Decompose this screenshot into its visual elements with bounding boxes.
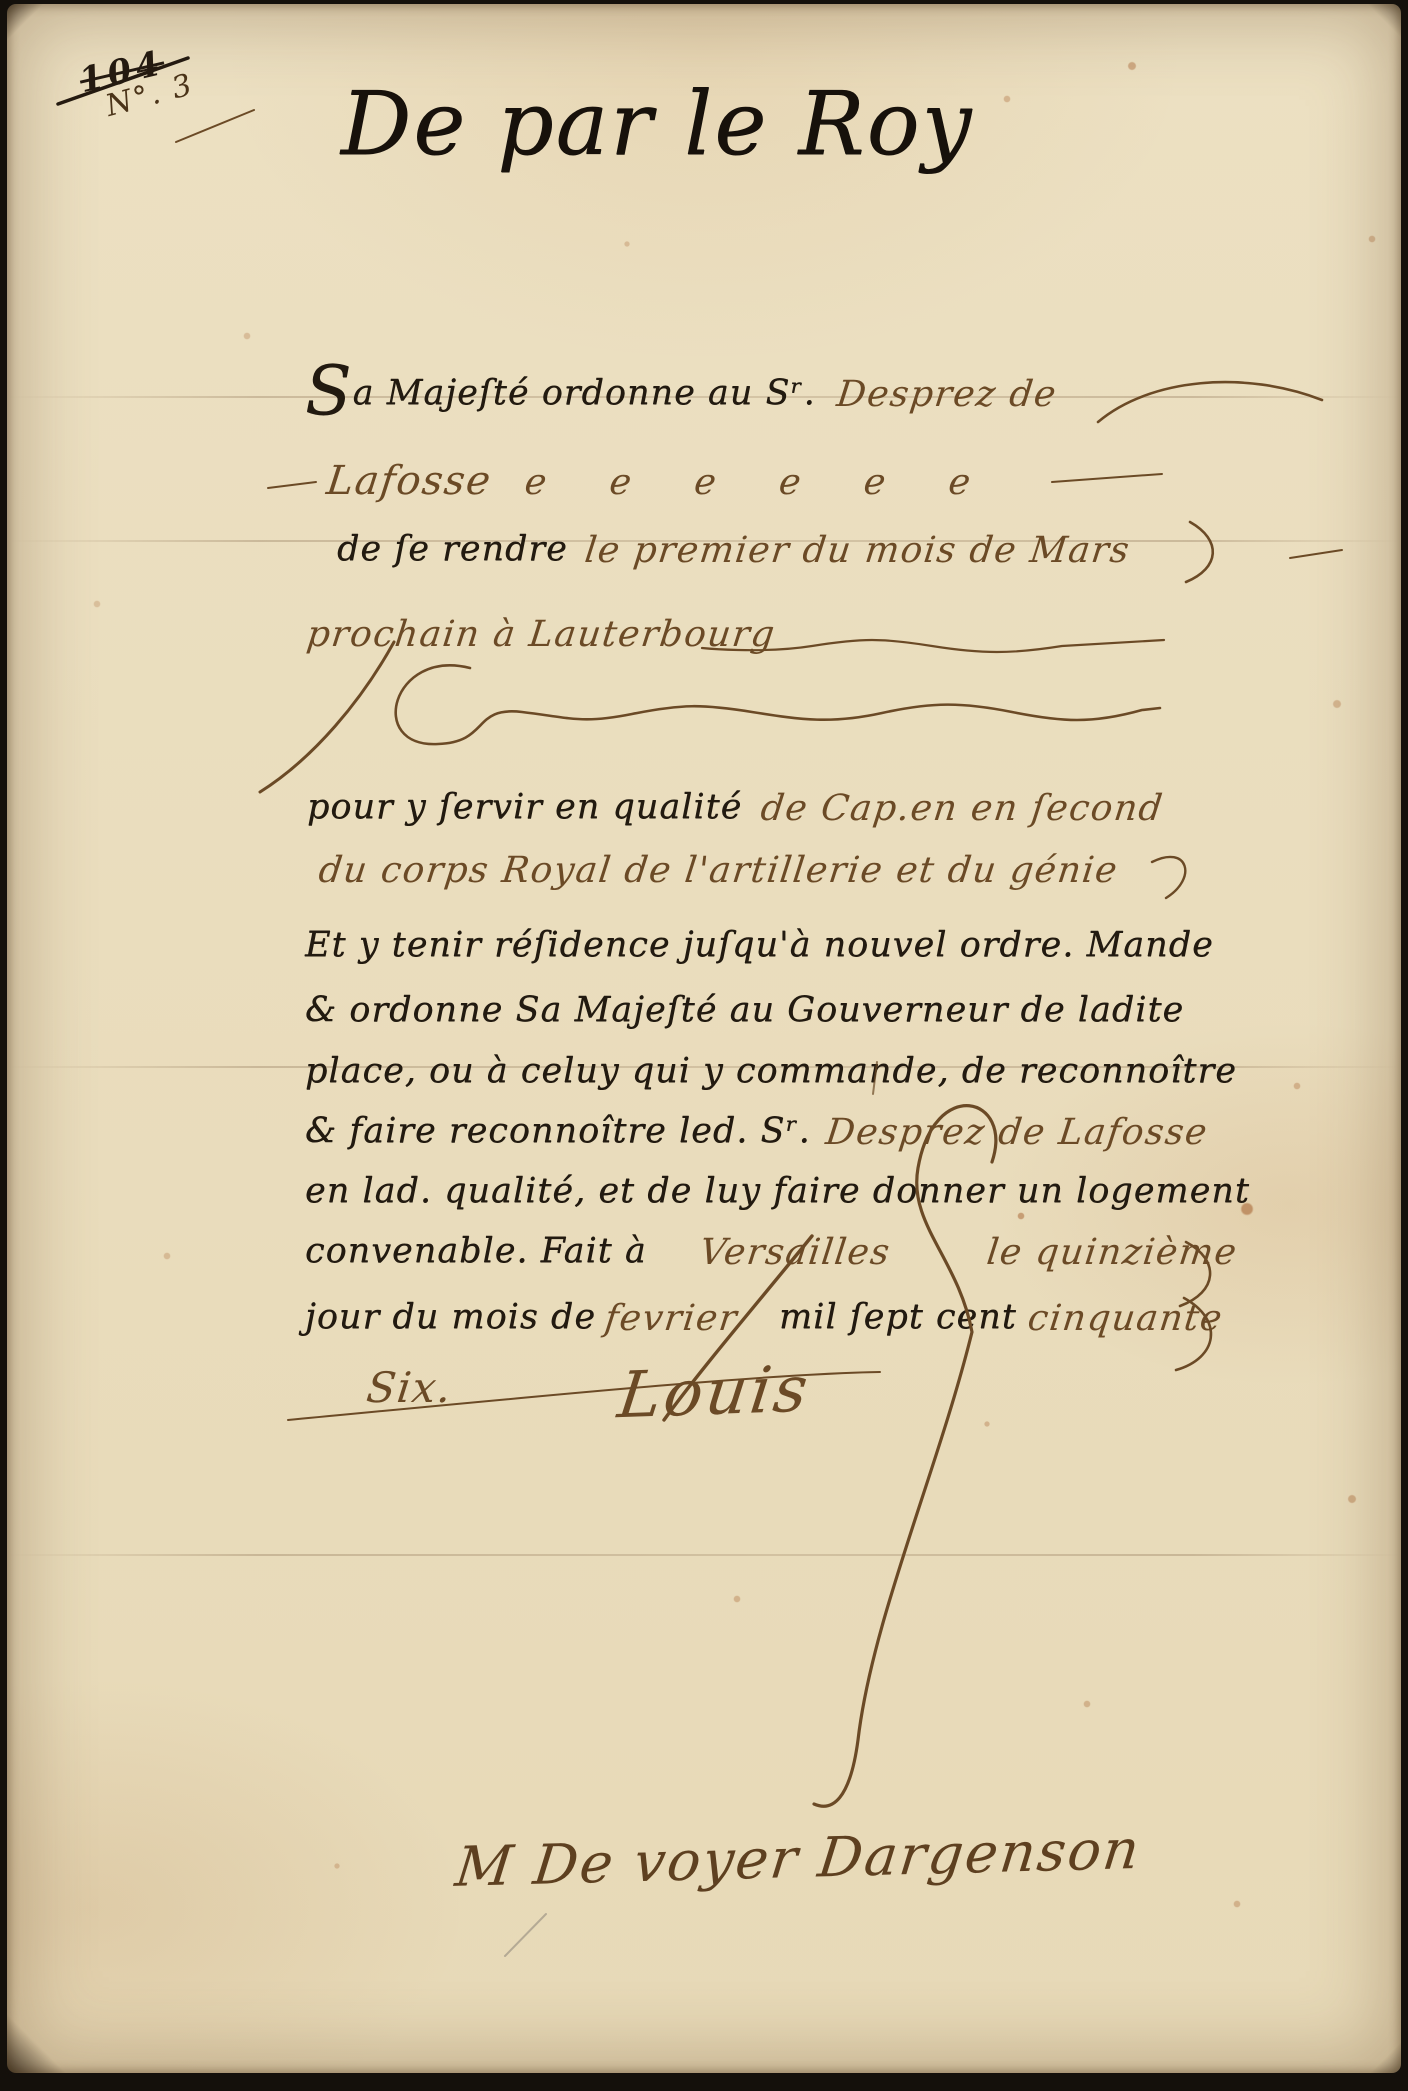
- body-line-14: Six.: [367, 1360, 452, 1413]
- handwritten-text: le premier du mois de Mars: [582, 528, 1133, 573]
- body-line-11: en lad. qualité, et de luy faire donner …: [305, 1170, 1250, 1214]
- body-line-12: convenable. Fait à Versailles le quinziè…: [305, 1228, 1238, 1274]
- handwritten-place: Versailles: [697, 1230, 893, 1275]
- handwritten-text: du corps Royal de l'artillerie et du gén…: [316, 848, 1121, 893]
- handwritten-text: de Cap.en en ſecond: [759, 786, 1167, 831]
- body-line-1: Sa Majeſté ordonne au Sʳ. Desprez de: [305, 370, 1057, 416]
- handwritten-tens: cinquante: [1025, 1296, 1226, 1341]
- body-line-4: prochain à Lauterbourg: [307, 610, 775, 655]
- printed-text: jour du mois de: [305, 1297, 596, 1337]
- paper-sheet: 104 N°. 3 De par le Roy Sa Majeſté ordon…: [7, 4, 1401, 2073]
- printed-text: convenable. Fait à: [305, 1231, 647, 1271]
- printed-text: place, ou à celuy qui y commande, de rec…: [305, 1051, 1237, 1091]
- printed-text: mil ſept cent: [779, 1297, 1017, 1337]
- body-line-9: place, ou à celuy qui y commande, de rec…: [305, 1050, 1237, 1094]
- body-line-6: du corps Royal de l'artillerie et du gén…: [319, 846, 1118, 891]
- body-line-8: & ordonne Sa Majeſté au Gouverneur de la…: [305, 989, 1184, 1033]
- handwritten-text: Desprez de: [834, 372, 1059, 417]
- body-line-10: & faire reconnoître led. Sʳ. Desprez de …: [305, 1108, 1208, 1154]
- handwritten-text: Lafosse: [324, 456, 495, 506]
- countersignature: M De voyer Dargenson: [452, 1817, 1144, 1899]
- printed-text: en lad. qualité, et de luy faire donner …: [305, 1171, 1250, 1211]
- printed-text: & faire reconnoître led. Sʳ.: [305, 1111, 811, 1151]
- body-line-5: pour y ſervir en qualité de Cap.en en ſe…: [307, 784, 1164, 830]
- handwritten-text: prochain à Lauterbourg: [304, 612, 778, 657]
- handwritten-text: Desprez de Lafosse: [823, 1110, 1211, 1155]
- fold-crease: [7, 1554, 1401, 1556]
- printed-text: Sa Majeſté ordonne au Sʳ.: [305, 373, 816, 413]
- body-line-7: Et y tenir réſidence juſqu'à nouvel ordr…: [305, 924, 1214, 968]
- printed-text: de ſe rendre: [337, 529, 568, 569]
- handwritten-day: le quinzième: [985, 1230, 1241, 1275]
- printed-text: Et y tenir réſidence juſqu'à nouvel ordr…: [305, 925, 1214, 965]
- body-line-2: Lafosse e e e e e e: [327, 454, 996, 504]
- king-signature: Louis: [614, 1353, 815, 1434]
- body-line-13: jour du mois de fevrier mil ſept cent ci…: [305, 1294, 1223, 1340]
- handwritten-text: Six.: [364, 1362, 456, 1415]
- printed-text: & ordonne Sa Majeſté au Gouverneur de la…: [305, 990, 1184, 1030]
- handwritten-month: fevrier: [602, 1296, 740, 1341]
- printed-text: pour y ſervir en qualité: [307, 787, 742, 827]
- pen-filler-strokes: e e e e e e: [522, 460, 999, 505]
- body-line-3: de ſe rendre le premier du mois de Mars: [337, 526, 1130, 572]
- document-title: De par le Roy: [327, 72, 987, 175]
- scanned-document: 104 N°. 3 De par le Roy Sa Majeſté ordon…: [0, 0, 1408, 2091]
